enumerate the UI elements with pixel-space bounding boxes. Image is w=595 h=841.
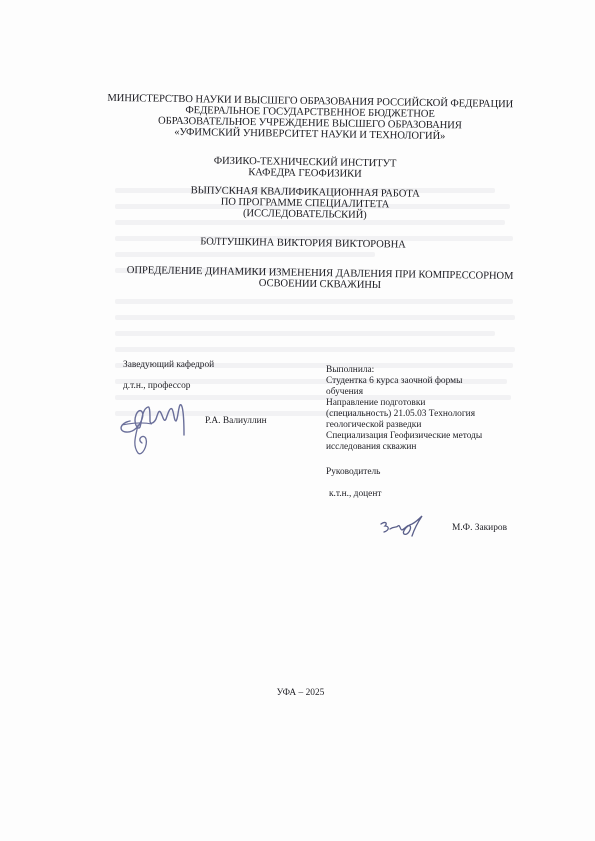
performer-line: обучения [326, 387, 526, 398]
work-type-block: ВЫПУСКНАЯ КВАЛИФИКАЦИОННАЯ РАБОТА ПО ПРО… [95, 184, 515, 224]
performer-line: исследования скважин [326, 442, 526, 453]
performer-label: Выполнила: [326, 365, 526, 376]
performer-line: Студентка 6 курса заочной формы [326, 376, 526, 387]
document-page: МИНИСТЕРСТВО НАУКИ И ВЫСШЕГО ОБРАЗОВАНИЯ… [0, 0, 595, 841]
performer-line: Специализация Геофизические методы [326, 431, 526, 442]
signature-supervisor [378, 512, 428, 542]
head-of-department-name: Р.А. Валиуллин [205, 416, 267, 427]
head-of-department-degree: д.т.н., профессор [123, 381, 190, 392]
supervisor-name: М.Ф. Закиров [452, 523, 552, 534]
city-year: УФА – 2025 [3, 688, 595, 698]
head-of-department-role: Заведующий кафедрой [123, 360, 214, 371]
performer-block: Выполнила: Студентка 6 курса заочной фор… [326, 365, 526, 453]
ministry-header: МИНИСТЕРСТВО НАУКИ И ВЫСШЕГО ОБРАЗОВАНИЯ… [100, 93, 521, 144]
performer-line: Направление подготовки [326, 398, 526, 409]
performer-line: геологической разведки [326, 420, 526, 431]
supervisor-role: Руководитель [326, 467, 526, 478]
supervisor-degree: к.т.н., доцент [329, 489, 529, 500]
performer-line: (специальность) 21.05.03 Технология [326, 409, 526, 420]
signature-head-of-department [112, 395, 207, 465]
